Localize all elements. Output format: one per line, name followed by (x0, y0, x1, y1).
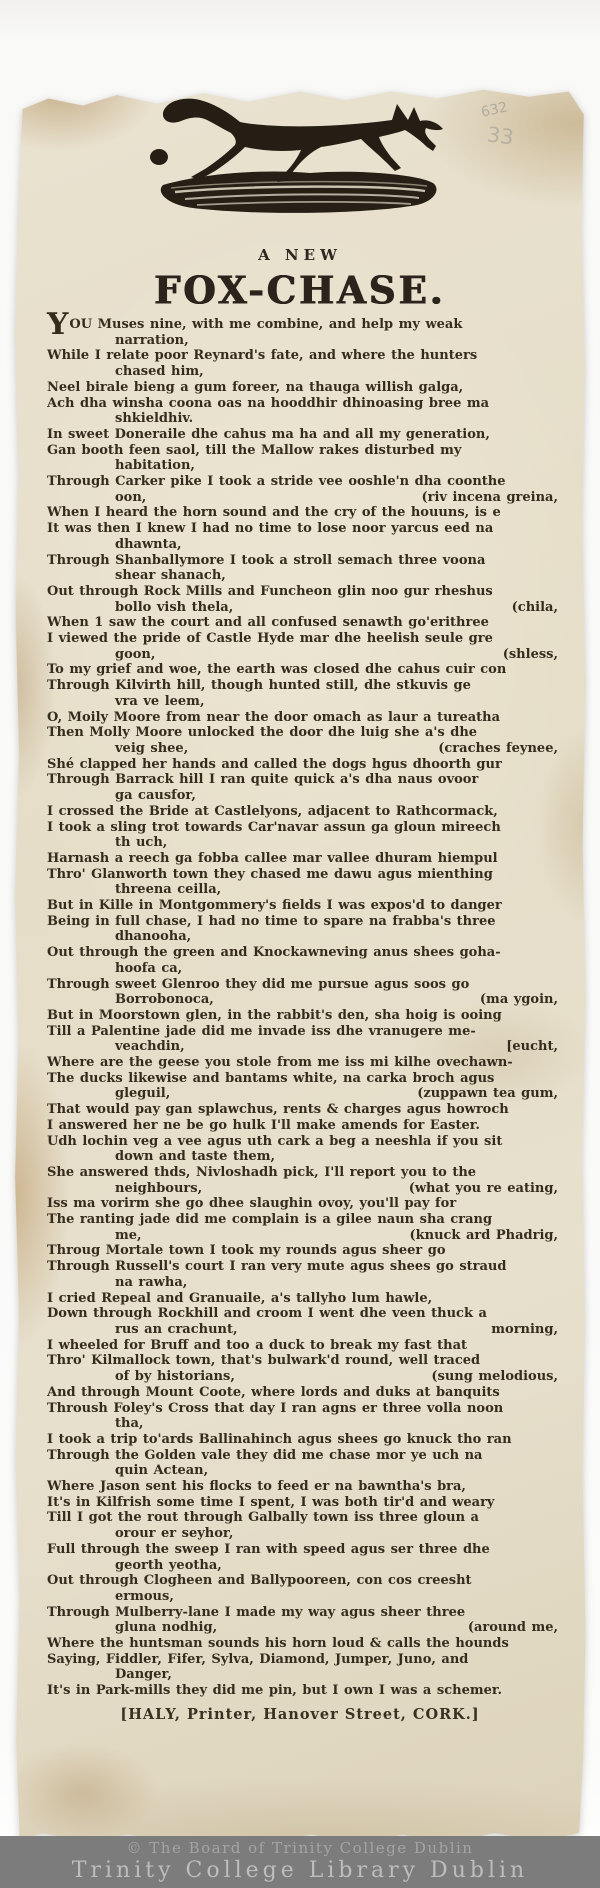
verse-line: veachdin,[eucht, (47, 1039, 558, 1055)
verse-line: th uch, (47, 835, 558, 851)
verse-line: narration, (47, 333, 558, 349)
verse-line: Full through the sweep I ran with speed … (47, 1542, 558, 1558)
verse-aside: (around me, (468, 1620, 558, 1636)
verse-line: Out through Clogheen and Ballypooreen, c… (47, 1573, 558, 1589)
verse-line: O, Moily Moore from near the door omach … (47, 710, 558, 726)
verse-line: Where are the geese you stole from me is… (47, 1055, 558, 1071)
verse-aside: (sung melodious, (431, 1369, 558, 1385)
copyright-line: © The Board of Trinity College Dublin (0, 1839, 600, 1857)
verse-line: Neel birale bieng a gum foreer, na thaug… (47, 380, 558, 396)
printer-imprint: [HALY, Printer, Hanover Street, CORK.] (14, 1706, 586, 1723)
verse-line: Through Kilvirth hill, though hunted sti… (47, 678, 558, 694)
title-kicker: A NEW (14, 246, 586, 264)
verse-aside: (what you re eating, (409, 1181, 558, 1197)
verse-line: neighbours,(what you re eating, (47, 1181, 558, 1197)
verse-line: Thro' Glanworth town they chased me dawu… (47, 867, 558, 883)
verse-line: In sweet Doneraile dhe cahus ma ha and a… (47, 427, 558, 443)
verse-line: oon,(riv incena greina, (47, 490, 558, 506)
verse-line: To my grief and woe, the earth was close… (47, 662, 558, 678)
verse-line: hoofa ca, (47, 961, 558, 977)
verse-aside: [eucht, (506, 1039, 558, 1055)
verse-line: Gan booth feen saol, till the Mallow rak… (47, 443, 558, 459)
verse-line: Through sweet Glenroo they did me pursue… (47, 977, 558, 993)
verse-line: ga causfor, (47, 788, 558, 804)
verse-line: I cried Repeal and Granuaile, a's tallyh… (47, 1291, 558, 1307)
scanned-broadside-page: 632 33 A NEW FOX-CHASE. YOU Muses nine, … (0, 0, 600, 1888)
library-name-line: Trinity College Library Dublin (0, 1858, 600, 1883)
verse-line: Throush Foley's Cross that day I ran agn… (47, 1401, 558, 1417)
verse-line: But in Moorstown glen, in the rabbit's d… (47, 1008, 558, 1024)
verse-line: Where the huntsman sounds his horn loud … (47, 1636, 558, 1652)
verse-aside: (chila, (512, 600, 558, 616)
verse-line: quin Actean, (47, 1463, 558, 1479)
verse-line: I took a trip to'ards Ballinahinch agus … (47, 1432, 558, 1448)
pencil-annotation-1: 632 (480, 99, 509, 120)
verse-line: Through Barrack hill I ran quite quick a… (47, 772, 558, 788)
verse-line: But in Kille in Montgommery's fields I w… (47, 898, 558, 914)
verse-line: Throug Mortale town I took my rounds agu… (47, 1243, 558, 1259)
broadside-paper: 632 33 A NEW FOX-CHASE. YOU Muses nine, … (14, 88, 586, 1845)
verse-aside: morning, (491, 1322, 558, 1338)
verse-line: The ducks likewise and bantams white, na… (47, 1071, 558, 1087)
drop-cap: Y (47, 318, 68, 331)
pencil-annotation-2: 33 (486, 122, 516, 149)
verse-line: veig shee,(craches feynee, (47, 741, 558, 757)
verse-line: Till I got the rout through Galbally tow… (47, 1510, 558, 1526)
verse-line: habitation, (47, 458, 558, 474)
verse-line: tha, (47, 1416, 558, 1432)
verse-line: Down through Rockhill and croom I went d… (47, 1306, 558, 1322)
verse-line: Through the Golden vale they did me chas… (47, 1448, 558, 1464)
verse-line: rus an crachunt,morning, (47, 1322, 558, 1338)
verse-line: Till a Palentine jade did me invade iss … (47, 1024, 558, 1040)
verse-line: Through Shanballymore I took a stroll se… (47, 553, 558, 569)
verse-line: The ranting jade did me complain is a gi… (47, 1212, 558, 1228)
poem: YOU Muses nine, with me combine, and hel… (14, 317, 586, 1699)
verse-line: chased him, (47, 364, 558, 380)
verse-line: It's in Park-mills they did me pin, but … (47, 1683, 558, 1699)
verse-line: While I relate poor Reynard's fate, and … (47, 348, 558, 364)
verse-line: na rawha, (47, 1275, 558, 1291)
verse-line: Through Carker pike I took a stride vee … (47, 474, 558, 490)
verse-line: shear shanach, (47, 568, 558, 584)
verse-line: georth yeotha, (47, 1558, 558, 1574)
verse-line: Through Russell's court I ran very mute … (47, 1259, 558, 1275)
verse-line: I wheeled for Bruff and too a duck to br… (47, 1338, 558, 1354)
verse-line: Shé clapped her hands and called the dog… (47, 757, 558, 773)
verse-line: dhawnta, (47, 537, 558, 553)
page-title: FOX-CHASE. (14, 267, 586, 313)
verse-aside: (shless, (503, 647, 558, 663)
verse-line: dhanooha, (47, 929, 558, 945)
verse-line: vra ve leem, (47, 694, 558, 710)
verse-aside: (ma ygoin, (480, 992, 558, 1008)
paper-shadow: 632 33 A NEW FOX-CHASE. YOU Muses nine, … (14, 36, 586, 1793)
verse-line: Then Molly Moore unlocked the door dhe l… (47, 725, 558, 741)
verse-line: gleguil,(zuppawn tea gum, (47, 1086, 558, 1102)
verse-aside: (zuppawn tea gum, (417, 1086, 558, 1102)
verse-line: Harnash a reech ga fobba callee mar vall… (47, 851, 558, 867)
verse-line: Out through the green and Knockawneving … (47, 945, 558, 961)
verse-line: That would pay gan splawchus, rents & ch… (47, 1102, 558, 1118)
verse-line: down and taste them, (47, 1149, 558, 1165)
verse-line: And through Mount Coote, where lords and… (47, 1385, 558, 1401)
verse-line: It's in Kilfrish some time I spent, I wa… (47, 1495, 558, 1511)
verse-line: me,(knuck ard Phadrig, (47, 1228, 558, 1244)
verse-line: I viewed the pride of Castle Hyde mar dh… (47, 631, 558, 647)
verse-line: threena ceilla, (47, 882, 558, 898)
running-fox-woodcut-illustration (135, 88, 465, 220)
verse-line: Thro' Kilmallock town, that's bulwark'd … (47, 1353, 558, 1369)
verse-line: gluna nodhig,(around me, (47, 1620, 558, 1636)
verse-aside: (riv incena greina, (421, 490, 558, 506)
verse-line: Where Jason sent his flocks to feed er n… (47, 1479, 558, 1495)
verse-line: YOU Muses nine, with me combine, and hel… (47, 317, 558, 333)
verse-line: Through Mulberry-lane I made my way agus… (47, 1605, 558, 1621)
verse-line: goon,(shless, (47, 647, 558, 663)
verse-line: It was then I knew I had no time to lose… (47, 521, 558, 537)
verse-line: Being in full chase, I had no time to sp… (47, 914, 558, 930)
verse-line: Danger, (47, 1667, 558, 1683)
verse-aside: (craches feynee, (438, 741, 558, 757)
verse-line: orour er seyhor, (47, 1526, 558, 1542)
verse-line: She answered thds, Nivloshadh pick, I'll… (47, 1165, 558, 1181)
verse-line: ermous, (47, 1589, 558, 1605)
verse-line: bollo vish thela,(chila, (47, 600, 558, 616)
verse-line: I answered her ne be go hulk I'll make a… (47, 1118, 558, 1134)
verse-line: When 1 saw the court and all confused se… (47, 615, 558, 631)
verse-line: When I heard the horn sound and the cry … (47, 505, 558, 521)
verse-line: Udh lochin veg a vee agus uth cark a beg… (47, 1134, 558, 1150)
verse-line: Out through Rock Mills and Funcheon glin… (47, 584, 558, 600)
verse-line: I crossed the Bride at Castlelyons, adja… (47, 804, 558, 820)
verse-line: Iss ma vorirm she go dhee slaughin ovoy,… (47, 1196, 558, 1212)
verse-line: shkieldhiv. (47, 411, 558, 427)
verse-line: Ach dha winsha coona oas na hooddhir dhi… (47, 396, 558, 412)
verse-line: I took a sling trot towards Car'navar as… (47, 820, 558, 836)
verse-line: of by historians,(sung melodious, (47, 1369, 558, 1385)
library-watermark-bar: © The Board of Trinity College Dublin Tr… (0, 1836, 600, 1888)
verse-aside: (knuck ard Phadrig, (409, 1228, 558, 1244)
verse-line: Saying, Fiddler, Fifer, Sylva, Diamond, … (47, 1652, 558, 1668)
verse-line: Borrobonoca,(ma ygoin, (47, 992, 558, 1008)
